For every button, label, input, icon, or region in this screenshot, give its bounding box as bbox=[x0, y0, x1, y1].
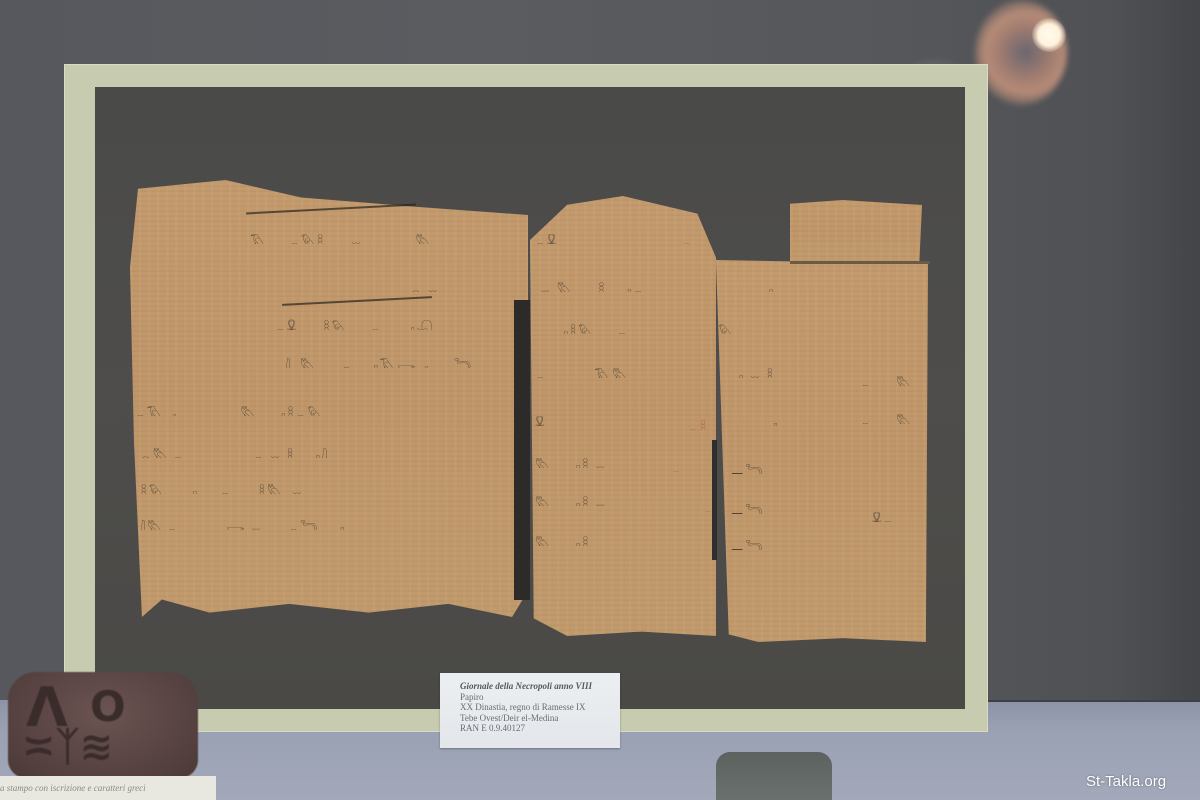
watermark: St-Takla.org bbox=[1086, 773, 1166, 790]
label-material: Papiro bbox=[460, 692, 620, 703]
hieratic-line: 𓏏𓋹𓏤𓏤𓊃 bbox=[535, 228, 655, 244]
red-ink-annotation: 𓆑𓂋𓏏 bbox=[655, 496, 710, 512]
spotlight-reflection bbox=[975, 0, 1067, 105]
papyrus-fragment-left bbox=[130, 180, 528, 617]
hieratic-line: 𓋹𓏤𓏤𓊃 bbox=[535, 410, 635, 426]
spotlight-glare bbox=[1032, 18, 1066, 52]
fragment-crack bbox=[712, 440, 717, 560]
shelf-edge bbox=[975, 700, 1200, 702]
hieratic-line: 𓇋𓅓𓏏𓆑𓈖𓎡𓏛𓂋𓏏𓆓𓂝𓏤𓏤𓏤 bbox=[140, 514, 510, 530]
hieratic-line: =𓆓𓈖 bbox=[730, 534, 790, 550]
label-provenance: Tebe Ovest/Deir el-Medina bbox=[460, 713, 620, 724]
carved-stone-stamp: Λ O ≍ᛉ≋ bbox=[8, 672, 198, 778]
hieratic-line: =𓆓𓈖 bbox=[730, 458, 790, 474]
hieratic-line: 𓄿𓈖𓏏𓅱𓎛𓂋𓏛𓈖𓆑𓅓𓏥 bbox=[250, 228, 520, 244]
hieratic-line: 𓅱𓊃𓆑𓂝𓏏𓆓 bbox=[718, 318, 793, 334]
fragment-seam bbox=[790, 261, 930, 264]
hieratic-line: 𓂋𓏤𓏤𓂝 bbox=[718, 276, 788, 292]
hieratic-line: =𓆓𓈖 bbox=[730, 498, 790, 514]
hieratic-line: 𓏏𓆑𓂋𓄿𓅓𓈖 bbox=[535, 362, 710, 378]
carved-glyphs-row: ≍ᛉ≋ bbox=[22, 724, 113, 770]
hieratic-line: 𓅓𓂝𓎛𓏛 bbox=[535, 490, 635, 506]
hieratic-line: 𓊪𓂝𓎛𓅱𓈙𓏏𓊃 bbox=[535, 318, 710, 334]
papyrus-fragment-top-right bbox=[790, 200, 922, 262]
wall-shadow bbox=[1110, 0, 1200, 710]
label-dynasty: XX Dinastia, regno di Ramesse IX bbox=[460, 702, 620, 713]
hieratic-line: 𓏛𓅓𓈖𓎛𓂝𓏏𓆑 bbox=[535, 276, 710, 292]
stone-object bbox=[716, 752, 832, 800]
hieratic-line: 𓊪𓏤𓂝 bbox=[740, 410, 790, 426]
hieratic-line: 𓏏𓄿𓈎𓏭𓆑𓊃𓅓𓂝𓎛𓏏𓅱𓊪𓈖𓂋 bbox=[135, 400, 520, 416]
hieratic-line: 𓏤𓏤𓏤 𓐍𓏛𓈖𓏥 bbox=[390, 276, 520, 292]
museum-label: Giornale della Necropoli anno VIII Papir… bbox=[440, 673, 620, 748]
hieratic-line: 𓏏𓋹𓂋𓏤𓎛𓅱𓈙𓏏𓊪𓂝𓍯 bbox=[275, 314, 520, 330]
hieratic-line: 𓅓𓂝𓎛𓏛𓈖 bbox=[535, 452, 635, 468]
hieratic-line: 𓂝𓏛𓎛𓂋𓏏 bbox=[718, 362, 793, 378]
fragment-gap bbox=[514, 300, 530, 600]
label-inventory: RAN E 0.9.40127 bbox=[460, 723, 620, 734]
hieratic-line: 𓏏𓊃𓅓 bbox=[860, 408, 920, 424]
hieratic-line: 𓅓𓂝𓎛 bbox=[535, 530, 635, 546]
red-ink-annotation: 𓂋𓆑𓏏 bbox=[660, 534, 710, 550]
red-ink-annotation: 𓂋𓏏𓆑 bbox=[660, 228, 715, 244]
hieratic-line: 𓋹𓏏 bbox=[872, 506, 917, 522]
label-title: Giornale della Necropoli anno VIII bbox=[460, 681, 620, 692]
hieratic-line: 𓏏𓊃𓅓 bbox=[860, 370, 920, 386]
hieratic-line: 𓎛𓅱𓊪𓂝𓈖𓏏𓆑𓎛𓅓𓏛𓊃𓏤𓏤𓏤 bbox=[140, 478, 510, 494]
red-ink-annotation: 𓂋𓏏𓆑𓂋 bbox=[650, 456, 710, 472]
adjacent-label: a stampo con iscrizione e caratteri grec… bbox=[0, 776, 216, 800]
hieratic-line: 𓇋𓊪𓅓𓈖𓏏𓂝𓄿𓎡𓈎𓊃𓆓 bbox=[285, 352, 520, 368]
hieratic-line: 𓐍𓅓𓏏𓈖𓆑𓂋𓏏𓏛𓎛𓂝𓇋𓈖𓏤𓏤𓏤 bbox=[140, 442, 510, 458]
red-ink-annotation: 𓂋𓆑𓏏𓎛 bbox=[640, 414, 715, 430]
